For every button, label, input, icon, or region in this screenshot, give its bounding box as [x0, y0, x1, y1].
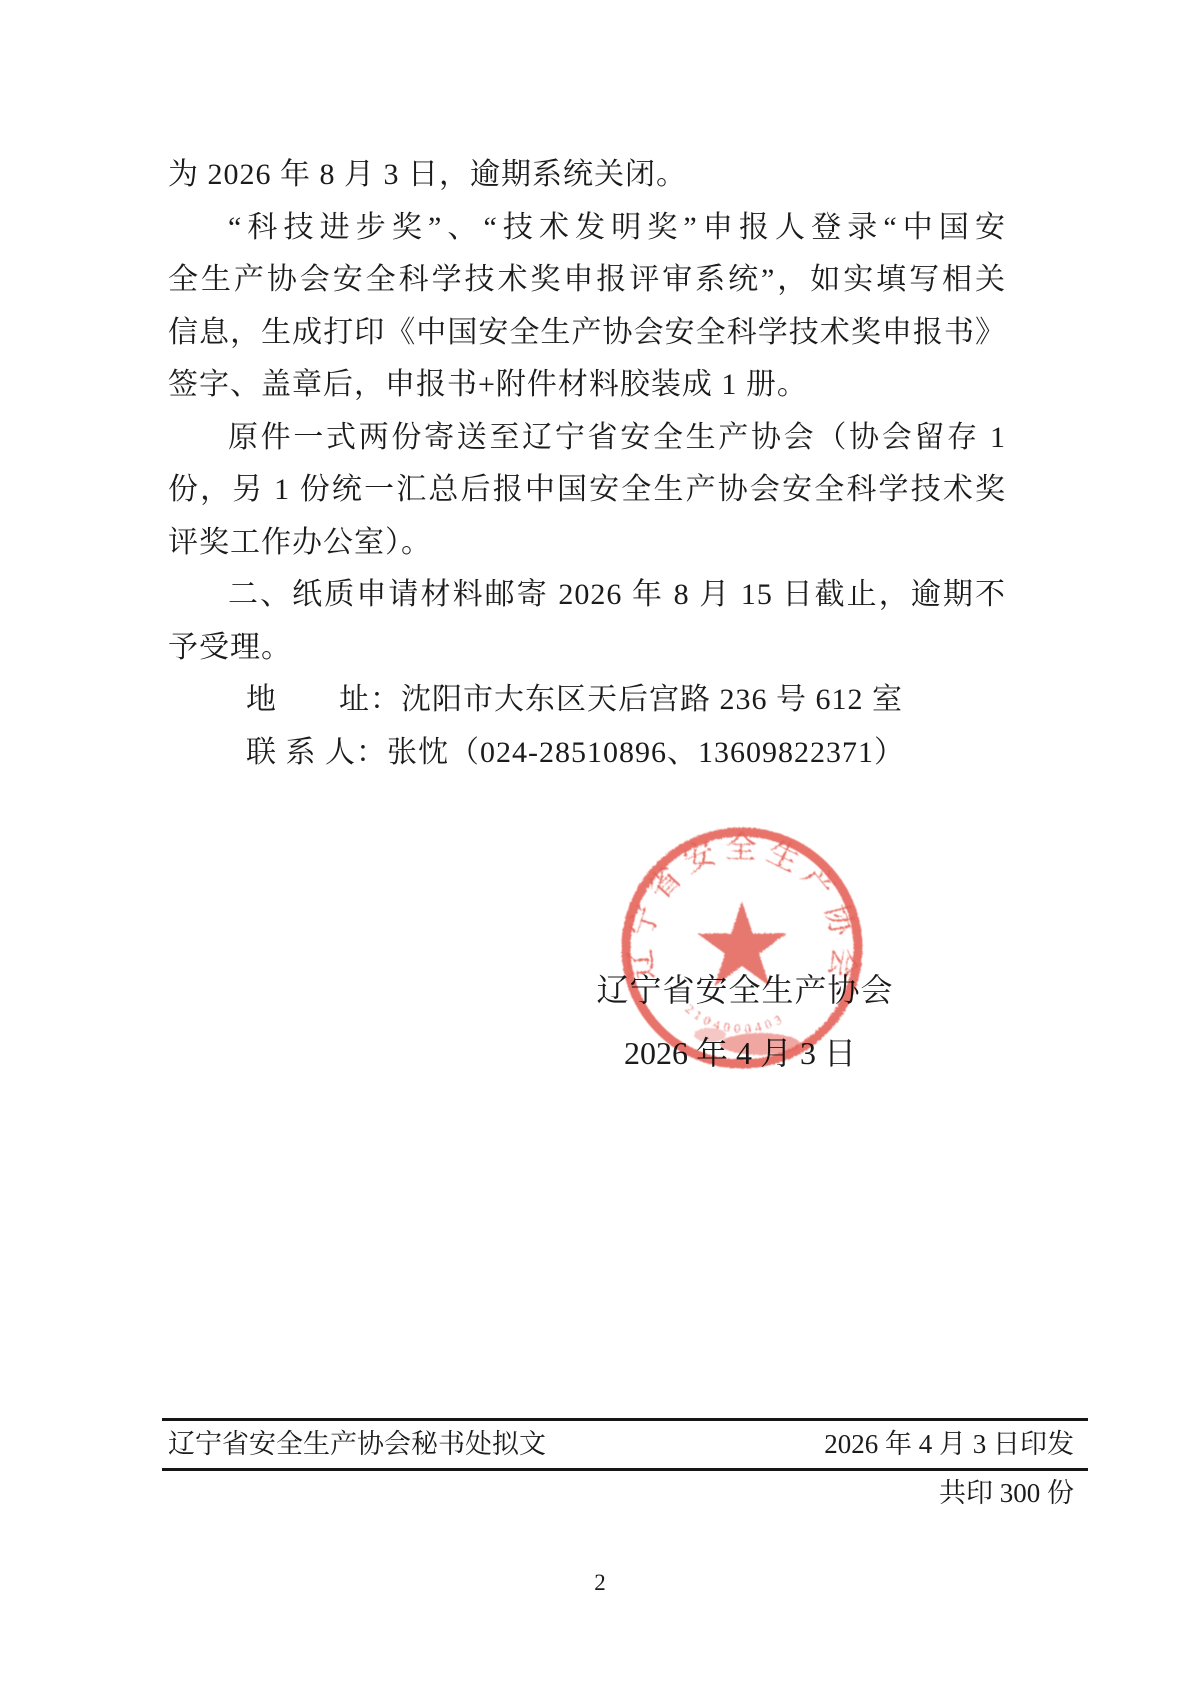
footer-copies: 共印 300 份	[162, 1478, 1088, 1508]
footer-rule-bottom	[162, 1468, 1088, 1471]
body-line: 地 址：沈阳市大东区天后宫路 236 号 612 室	[168, 674, 1006, 727]
body-text: 为 2026 年 8 月 3 日，逾期系统关闭。“科技进步奖”、“技术发明奖”申…	[168, 149, 1006, 779]
body-line: 签字、盖章后，申报书+附件材料胶装成 1 册。	[168, 359, 1006, 412]
body-line: 二、纸质申请材料邮寄 2026 年 8 月 15 日截止，逾期不	[168, 569, 1006, 622]
body-line: 为 2026 年 8 月 3 日，逾期系统关闭。	[168, 149, 1006, 202]
body-line: 份，另 1 份统一汇总后报中国安全生产协会安全科学技术奖	[168, 464, 1006, 517]
footer-print-date: 2026 年 4 月 3 日印发	[824, 1421, 1088, 1467]
signature-org: 辽宁省安全生产协会	[545, 965, 945, 1011]
signature-date: 2026 年 4 月 3 日	[540, 1028, 940, 1074]
body-line: 予受理。	[168, 622, 1006, 675]
body-line: 全生产协会安全科学技术奖申报评审系统”，如实填写相关	[168, 254, 1006, 307]
page-number: 2	[0, 1570, 1200, 1596]
body-line: 信息，生成打印《中国安全生产协会安全科学技术奖申报书》	[168, 307, 1006, 360]
body-line: 评奖工作办公室）。	[168, 517, 1006, 570]
body-line: 原件一式两份寄送至辽宁省安全生产协会（协会留存 1	[168, 412, 1006, 465]
footer-drafter: 辽宁省安全生产协会秘书处拟文	[162, 1421, 546, 1467]
footer-row: 辽宁省安全生产协会秘书处拟文 2026 年 4 月 3 日印发	[162, 1421, 1088, 1467]
body-line: “科技进步奖”、“技术发明奖”申报人登录“中国安	[168, 202, 1006, 255]
body-line: 联 系 人：张忱（024-28510896、13609822371）	[168, 727, 1006, 780]
document-page: 为 2026 年 8 月 3 日，逾期系统关闭。“科技进步奖”、“技术发明奖”申…	[0, 0, 1200, 1697]
